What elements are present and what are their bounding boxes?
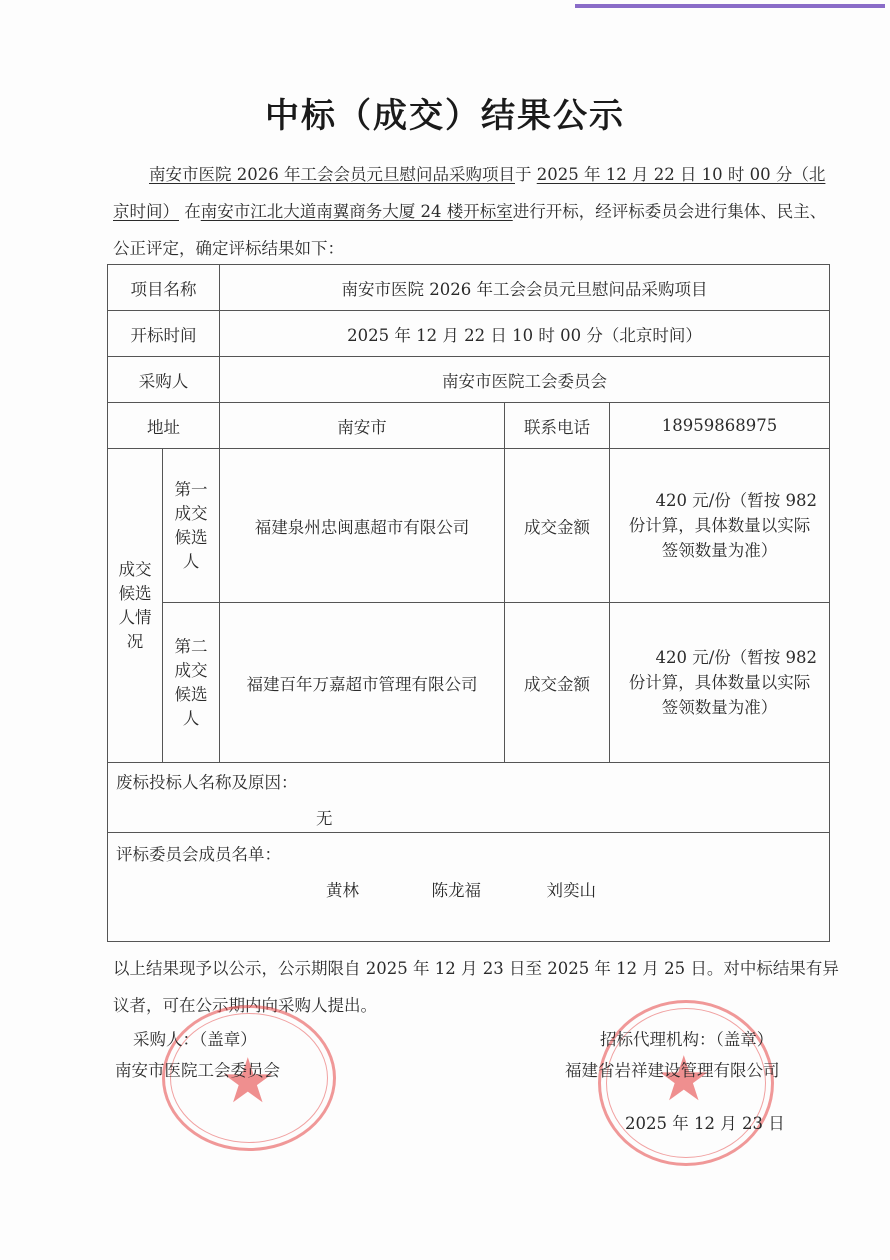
candidate-1-rank: 第一成交候选人 xyxy=(163,449,220,603)
candidate-2-name: 福建百年万嘉超市管理有限公司 xyxy=(220,603,505,763)
project-value: 南安市医院 2026 年工会会员元旦慰问品采购项目 xyxy=(220,265,830,311)
committee-label: 评标委员会成员名单： xyxy=(116,833,829,865)
buyer-sign-name: 南安市医院工会委员会 xyxy=(115,1057,280,1081)
page-title: 中标（成交）结果公示 xyxy=(0,88,890,137)
row-invalid: 废标投标人名称及原因： 无 xyxy=(108,763,830,833)
candidate-1-name: 福建泉州忠闽惠超市有限公司 xyxy=(220,449,505,603)
row-project: 项目名称 南安市医院 2026 年工会会员元旦慰问品采购项目 xyxy=(108,265,830,311)
candidates-label: 成交候选人情况 xyxy=(108,449,163,763)
agent-sign-name: 福建省岩祥建设管理有限公司 xyxy=(565,1057,780,1081)
sign-date: 2025 年 12 月 23 日 xyxy=(625,1110,785,1134)
agent-stamp: ★ xyxy=(598,1000,774,1166)
row-time: 开标时间 2025 年 12 月 22 日 10 时 00 分（北京时间） xyxy=(108,311,830,357)
agent-sign-label: 招标代理机构：（盖章） xyxy=(600,1026,773,1050)
candidate-1-amount-label: 成交金额 xyxy=(505,449,610,603)
row-candidate-2: 第二成交候选人 福建百年万嘉超市管理有限公司 成交金额 420 元/份（暂按 9… xyxy=(108,603,830,763)
invalid-cell: 废标投标人名称及原因： 无 xyxy=(108,763,830,833)
intro-at: 于 xyxy=(515,165,532,184)
row-address: 地址 南安市 联系电话 18959868975 xyxy=(108,403,830,449)
result-table: 项目名称 南安市医院 2026 年工会会员元旦慰问品采购项目 开标时间 2025… xyxy=(107,264,830,942)
time-label: 开标时间 xyxy=(108,311,220,357)
intro-place: 南安市江北大道南翼商务大厦 24 楼开标室 xyxy=(201,202,513,221)
buyer-label: 采购人 xyxy=(108,357,220,403)
address-label: 地址 xyxy=(108,403,220,449)
row-committee: 评标委员会成员名单： 黄林 陈龙福 刘奕山 xyxy=(108,833,830,942)
intro-in: 在 xyxy=(184,202,201,221)
intro-paragraph: 南安市医院 2026 年工会会员元旦慰问品采购项目于 2025 年 12 月 2… xyxy=(113,156,833,267)
buyer-sign-label: 采购人：（盖章） xyxy=(133,1026,257,1050)
committee-cell: 评标委员会成员名单： 黄林 陈龙福 刘奕山 xyxy=(108,833,830,942)
scan-edge-bar xyxy=(575,4,885,8)
time-value: 2025 年 12 月 22 日 10 时 00 分（北京时间） xyxy=(220,311,830,357)
intro-project: 南安市医院 2026 年工会会员元旦慰问品采购项目 xyxy=(149,165,515,184)
committee-member: 陈龙福 xyxy=(432,881,482,900)
buyer-value: 南安市医院工会委员会 xyxy=(220,357,830,403)
candidate-2-rank: 第二成交候选人 xyxy=(163,603,220,763)
project-label: 项目名称 xyxy=(108,265,220,311)
phone-label: 联系电话 xyxy=(505,403,610,449)
committee-member: 黄林 xyxy=(326,881,359,900)
candidate-1-amount: 420 元/份（暂按 982 份计算，具体数量以实际 签领数量为准） xyxy=(610,449,830,603)
candidate-2-amount: 420 元/份（暂按 982 份计算，具体数量以实际 签领数量为准） xyxy=(610,603,830,763)
candidate-2-amount-label: 成交金额 xyxy=(505,603,610,763)
row-buyer: 采购人 南安市医院工会委员会 xyxy=(108,357,830,403)
invalid-value: 无 xyxy=(116,793,829,829)
phone-value: 18959868975 xyxy=(610,403,830,449)
committee-member: 刘奕山 xyxy=(547,881,597,900)
row-candidate-1: 成交候选人情况 第一成交候选人 福建泉州忠闽惠超市有限公司 成交金额 420 元… xyxy=(108,449,830,603)
address-value: 南安市 xyxy=(220,403,505,449)
invalid-label: 废标投标人名称及原因： xyxy=(116,763,829,793)
